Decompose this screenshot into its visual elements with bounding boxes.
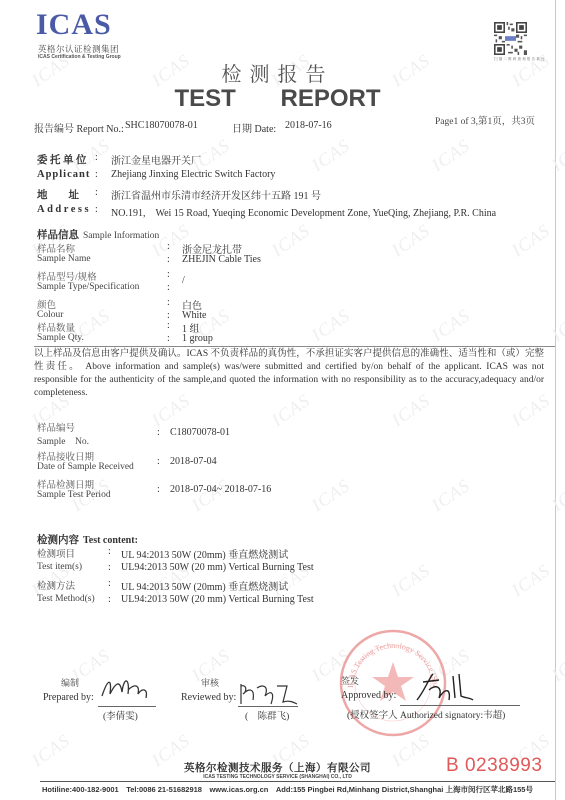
watermark: ICAS — [508, 560, 554, 601]
sample-field-cn-label: 样品数量 — [37, 320, 75, 334]
approved-label: Approved by: — [341, 690, 396, 701]
sample-field-en-label: Sample Qty. — [37, 333, 84, 343]
address-cn-label: 地 址 — [37, 187, 79, 202]
watermark: ICAS — [428, 305, 474, 346]
report-date: 2018-07-16 — [285, 120, 332, 131]
report-no-label: 报告编号 Report No.: — [34, 120, 124, 135]
watermark: ICAS — [268, 220, 314, 261]
colon: : — [167, 254, 170, 265]
prepared-name: (李倩雯) — [103, 708, 138, 722]
colon: : — [167, 269, 170, 280]
reviewed-signature — [237, 682, 299, 708]
sample-field-en-label: Colour — [37, 310, 63, 320]
detail-en-label: Sample Test Period — [37, 490, 111, 500]
colon: : — [108, 562, 111, 573]
sample-field-cn-label: 样品型号/规格 — [37, 269, 97, 283]
reviewed-cn-label: 审核 — [195, 676, 225, 689]
qr-code-icon — [494, 22, 527, 55]
report-no: SHC18070078-01 — [125, 120, 198, 131]
colon: : — [95, 152, 98, 163]
footer-contact: Hotiline:400-182-9001 Tel:0086 21-516829… — [42, 784, 533, 795]
approved-signature — [415, 670, 475, 706]
detail-value: C18070078-01 — [170, 427, 230, 438]
reviewed-name: ( 陈群飞) — [245, 708, 289, 722]
watermark: ICAS — [308, 475, 354, 516]
test-field-value: UL 94:2013 50W (20mm) 垂直燃烧测试 — [121, 546, 288, 561]
watermark: ICAS — [188, 475, 234, 516]
watermark: ICAS — [548, 645, 565, 686]
watermark: ICAS — [548, 305, 565, 346]
colon: : — [95, 169, 98, 180]
prepared-cn-label: 编制 — [55, 676, 85, 689]
date-label: 日期 Date: — [232, 120, 276, 135]
colon: : — [167, 333, 170, 344]
colon: : — [108, 594, 111, 605]
watermark: ICAS — [388, 220, 434, 261]
address-cn-value: 浙江省温州市乐清市经济开发区纬十五路 191 号 — [111, 187, 321, 202]
approved-signature-line — [400, 705, 520, 706]
sample-field-en-label: Sample Type/Specification — [37, 282, 139, 292]
sample-field-en-value: / — [182, 275, 185, 286]
detail-cn-label: 样品接收日期 — [37, 449, 94, 463]
title-cn: 检测报告 — [0, 58, 555, 87]
applicant-cn-value: 浙江金星电器开关厂 — [111, 152, 201, 167]
test-content-title-en: Test content: — [83, 535, 138, 546]
detail-value: 2018-07-04~ 2018-07-16 — [170, 484, 271, 495]
test-field-label: 检测项目 — [37, 546, 75, 560]
colon: : — [167, 297, 170, 308]
colon: : — [167, 241, 170, 252]
applicant-en-label: Applicant — [37, 169, 90, 180]
sample-info-title-en: Sample Information — [83, 231, 159, 241]
watermark: ICAS — [428, 135, 474, 176]
approved-name: (授权签字人 Authorized signatory:韦超) — [347, 707, 505, 721]
watermark: ICAS — [308, 305, 354, 346]
address-en-value: NO.191, Wei 15 Road, Yueqing Economic De… — [111, 204, 496, 219]
sample-field-en-value: 1 group — [182, 333, 213, 344]
logo-brand: ICAS — [36, 10, 112, 40]
colon: : — [167, 282, 170, 293]
test-field-value: UL 94:2013 50W (20mm) 垂直燃烧测试 — [121, 578, 288, 593]
watermark: ICAS — [548, 475, 565, 516]
colon: : — [108, 546, 111, 557]
prepared-label: Prepared by: — [43, 692, 94, 703]
test-field-value: UL94:2013 50W (20 mm) Vertical Burning T… — [121, 562, 314, 573]
applicant-en-value: Zhejiang Jinxing Electric Switch Factory — [111, 169, 275, 180]
title-en: TEST REPORT — [0, 85, 555, 113]
prepared-signature-line — [98, 706, 156, 707]
footer-company-en: ICAS TESTING TECHNOLOGY SERVICE (SHANGHA… — [0, 774, 555, 780]
colon: : — [157, 456, 160, 467]
disclaimer: 以上样品及信息由客户提供及确认。ICAS 不负责样品的真伪性，不承担证实客户提供… — [34, 348, 544, 400]
watermark: ICAS — [428, 475, 474, 516]
detail-cn-label: 样品检测日期 — [37, 477, 94, 491]
reviewed-label: Reviewed by: — [181, 692, 236, 703]
footer-divider — [40, 781, 555, 782]
watermark: ICAS — [308, 135, 354, 176]
applicant-cn-label: 委托单位 — [37, 152, 89, 167]
watermark: ICAS — [388, 560, 434, 601]
watermark: ICAS — [508, 220, 554, 261]
colon: : — [157, 484, 160, 495]
colon: : — [167, 320, 170, 331]
sample-field-cn-label: 样品名称 — [37, 241, 75, 255]
detail-cn-label: 样品编号 — [37, 420, 75, 434]
detail-value: 2018-07-04 — [170, 456, 217, 467]
disclaimer-en: Above information and sample(s) was/were… — [34, 362, 544, 398]
sample-info-title-cn: 样品信息 — [37, 230, 79, 241]
test-content-title-cn: 检测内容 — [37, 535, 79, 546]
test-field-label: 检测方法 — [37, 578, 75, 592]
test-field-label: Test item(s) — [37, 562, 82, 572]
reviewed-signature-line — [238, 706, 298, 707]
sample-field-en-label: Sample Name — [37, 254, 91, 264]
approved-cn-label: 签发 — [335, 674, 365, 687]
watermark: ICAS — [548, 135, 565, 176]
detail-en-label: Date of Sample Received — [37, 462, 134, 472]
detail-en-label: Sample No. — [37, 433, 89, 447]
colon: : — [95, 187, 98, 198]
prepared-signature — [98, 672, 153, 704]
divider — [34, 346, 555, 347]
test-field-label: Test Method(s) — [37, 594, 95, 604]
colon: : — [108, 578, 111, 589]
sample-field-en-value: ZHEJIN Cable Ties — [182, 254, 261, 265]
footer-company-cn: 英格尔检测技术服务（上海）有限公司 — [0, 760, 555, 775]
sample-field-cn-label: 颜色 — [37, 297, 56, 311]
page-info: Page1 of 3,第1页，共3页 — [410, 115, 560, 129]
test-field-value: UL94:2013 50W (20 mm) Vertical Burning T… — [121, 594, 314, 605]
address-en-label: Address — [37, 204, 91, 215]
colon: : — [157, 427, 160, 438]
colon: : — [95, 204, 98, 215]
